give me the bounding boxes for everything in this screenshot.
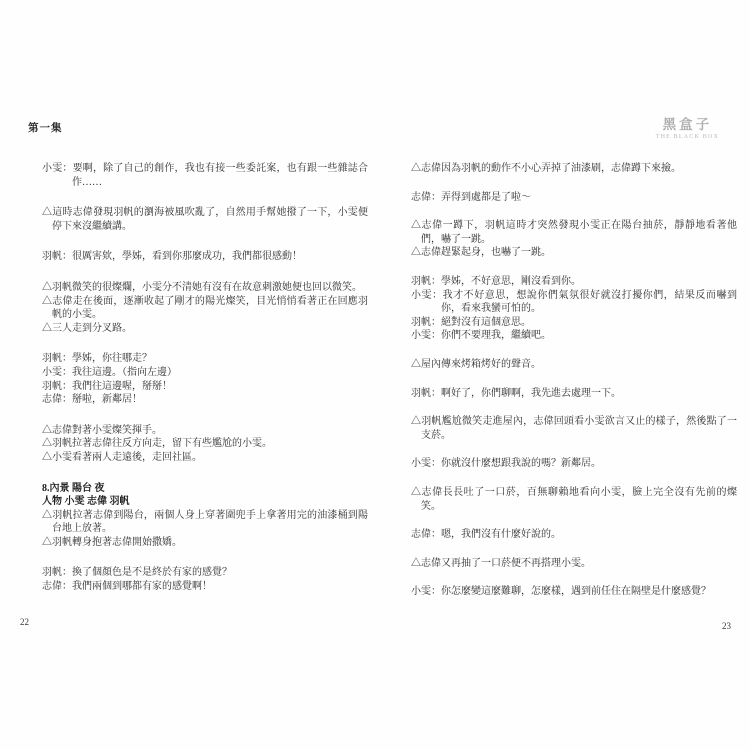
- script-line-action: △志偉趕緊起身，也嚇了一跳。: [411, 246, 737, 260]
- script-block: 羽帆：學姊，你往哪走？小雯：我往這邊。（指向左邊）羽帆：我們往這邊喔，掰掰！志偉…: [42, 352, 368, 406]
- script-block: △羽帆尷尬微笑走進屋內，志偉回頭看小雯欲言又止的樣子，然後點了一支菸。: [411, 415, 737, 442]
- script-line-dialogue: 志偉：嗯，我們沒有什麼好說的。: [411, 528, 737, 542]
- book-spread: 第一集 黑盒子 THE BLACK BOX 小雯：要啊，除了自己的創作，我也有接…: [0, 0, 750, 750]
- script-line-action: △小雯看著兩人走遠後，走回社區。: [42, 451, 368, 465]
- script-block: △志偉又再抽了一口菸便不再搭理小雯。: [411, 557, 737, 571]
- script-line-dialogue: 羽帆：很厲害欸，學姊，看到你那麼成功，我們都很感動！: [42, 250, 368, 264]
- script-line-dialogue: 羽帆：學姊，你往哪走？: [42, 352, 368, 366]
- script-line-dialogue: 小雯：我往這邊。（指向左邊）: [42, 366, 368, 380]
- page-right-text-column: △志偉因為羽帆的動作不小心弄掉了油漆刷，志偉蹲下來撿。志偉：弄得到處都是了啦～△…: [411, 162, 737, 614]
- script-line-action: △志偉長長吐了一口菸，百無聊賴地看向小雯，臉上完全沒有先前的燦笑。: [411, 486, 737, 513]
- page-left-text-column: 小雯：要啊，除了自己的創作，我也有接一些委託案，也有跟一些雜誌合作……△這時志偉…: [42, 162, 368, 611]
- script-line-dialogue: 志偉：我們兩個到哪都有家的感覺啊！: [42, 580, 368, 594]
- script-line-action: △志偉又再抽了一口菸便不再搭理小雯。: [411, 557, 737, 571]
- script-block: △屋內傳來烤箱烤好的聲音。: [411, 358, 737, 372]
- script-line-action: △羽帆微笑的很燦爛，小雯分不清她有沒有在故意刺激她便也回以微笑。: [42, 281, 368, 295]
- script-line-dialogue: 小雯：你就沒什麼想跟我說的嗎？新鄰居。: [411, 457, 737, 471]
- logo-subtitle: THE BLACK BOX: [656, 134, 719, 140]
- script-line-action: △羽帆拉著志偉往反方向走，留下有些尷尬的小雯。: [42, 437, 368, 451]
- script-line-dialogue: 羽帆：我們往這邊喔，掰掰！: [42, 380, 368, 394]
- script-line-dialogue: 小雯：我才不好意思，想說你們氣氛很好就沒打擾你們，結果反而嚇到你，看來我蠻可怕的…: [411, 289, 737, 316]
- script-block: 小雯：你就沒什麼想跟我說的嗎？新鄰居。: [411, 457, 737, 471]
- script-block: △志偉長長吐了一口菸，百無聊賴地看向小雯，臉上完全沒有先前的燦笑。: [411, 486, 737, 513]
- script-line-action: △羽帆轉身抱著志偉開始撒嬌。: [42, 536, 368, 550]
- script-line-action: △羽帆尷尬微笑走進屋內，志偉回頭看小雯欲言又止的樣子，然後點了一支菸。: [411, 415, 737, 442]
- page-number-right: 23: [722, 621, 731, 631]
- script-line-dialogue: 羽帆：啊好了，你們聊啊，我先進去處理一下。: [411, 387, 737, 401]
- script-line-dialogue: 羽帆：絕對沒有這個意思。: [411, 316, 737, 330]
- script-line-action: △這時志偉發現羽帆的瀏海被風吹亂了，自然用手幫她撥了一下，小雯便停下來沒繼續講。: [42, 206, 368, 233]
- script-block: 8.內景 陽台 夜人物 小雯 志偉 羽帆△羽帆拉著志偉到陽台，兩個人身上穿著圍兜…: [42, 482, 368, 550]
- script-block: 羽帆：學姊，不好意思，剛沒看到你。小雯：我才不好意思，想說你們氣氛很好就沒打擾你…: [411, 275, 737, 343]
- script-line-dialogue: 羽帆：學姊，不好意思，剛沒看到你。: [411, 275, 737, 289]
- script-line-action: △志偉走在後面，逐漸收起了剛才的陽光燦笑，目光悄悄看著正在回應羽帆的小雯。: [42, 295, 368, 322]
- script-line-dialogue: 志偉：弄得到處都是了啦～: [411, 191, 737, 205]
- script-line-dialogue: 小雯：你怎麼變這麼難聊，怎麼樣，遇到前任住在隔壁是什麼感覺？: [411, 585, 737, 599]
- script-block: △志偉因為羽帆的動作不小心弄掉了油漆刷，志偉蹲下來撿。: [411, 162, 737, 176]
- script-line-dialogue: 小雯：你們不要理我，繼續吧。: [411, 329, 737, 343]
- script-block: 小雯：你怎麼變這麼難聊，怎麼樣，遇到前任住在隔壁是什麼感覺？: [411, 585, 737, 599]
- script-block: 羽帆：換了個顏色是不是終於有家的感覺？志偉：我們兩個到哪都有家的感覺啊！: [42, 566, 368, 593]
- script-block: △志偉對著小雯燦笑揮手。△羽帆拉著志偉往反方向走，留下有些尷尬的小雯。△小雯看著…: [42, 424, 368, 465]
- script-block: 小雯：要啊，除了自己的創作，我也有接一些委託案，也有跟一些雜誌合作……: [42, 162, 368, 189]
- script-line-dialogue: 小雯：要啊，除了自己的創作，我也有接一些委託案，也有跟一些雜誌合作……: [42, 162, 368, 189]
- scene-heading: 8.內景 陽台 夜: [42, 482, 368, 496]
- script-block: 志偉：嗯，我們沒有什麼好說的。: [411, 528, 737, 542]
- script-line-action: △羽帆拉著志偉到陽台，兩個人身上穿著圍兜手上拿著用完的油漆桶到陽台地上放著。: [42, 509, 368, 536]
- script-block: 羽帆：啊好了，你們聊啊，我先進去處理一下。: [411, 387, 737, 401]
- script-block: 志偉：弄得到處都是了啦～: [411, 191, 737, 205]
- script-line-action: △志偉因為羽帆的動作不小心弄掉了油漆刷，志偉蹲下來撿。: [411, 162, 737, 176]
- script-line-action: △屋內傳來烤箱烤好的聲音。: [411, 358, 737, 372]
- episode-label: 第一集: [28, 120, 63, 135]
- scene-heading: 人物 小雯 志偉 羽帆: [42, 495, 368, 509]
- script-block: 羽帆：很厲害欸，學姊，看到你那麼成功，我們都很感動！: [42, 250, 368, 264]
- script-block: △志偉一蹲下，羽帆這時才突然發現小雯正在陽台抽菸，靜靜地看著他們，嚇了一跳。△志…: [411, 219, 737, 260]
- page-number-left: 22: [20, 617, 29, 627]
- logo-title: 黑盒子: [656, 118, 719, 132]
- script-line-action: △志偉一蹲下，羽帆這時才突然發現小雯正在陽台抽菸，靜靜地看著他們，嚇了一跳。: [411, 219, 737, 246]
- publisher-logo: 黑盒子 THE BLACK BOX: [656, 118, 719, 140]
- script-line-dialogue: 羽帆：換了個顏色是不是終於有家的感覺？: [42, 566, 368, 580]
- script-block: △這時志偉發現羽帆的瀏海被風吹亂了，自然用手幫她撥了一下，小雯便停下來沒繼續講。: [42, 206, 368, 233]
- script-line-action: △志偉對著小雯燦笑揮手。: [42, 424, 368, 438]
- script-block: △羽帆微笑的很燦爛，小雯分不清她有沒有在故意刺激她便也回以微笑。△志偉走在後面，…: [42, 281, 368, 335]
- script-line-dialogue: 志偉：掰啦，新鄰居！: [42, 393, 368, 407]
- script-line-action: △三人走到分叉路。: [42, 322, 368, 336]
